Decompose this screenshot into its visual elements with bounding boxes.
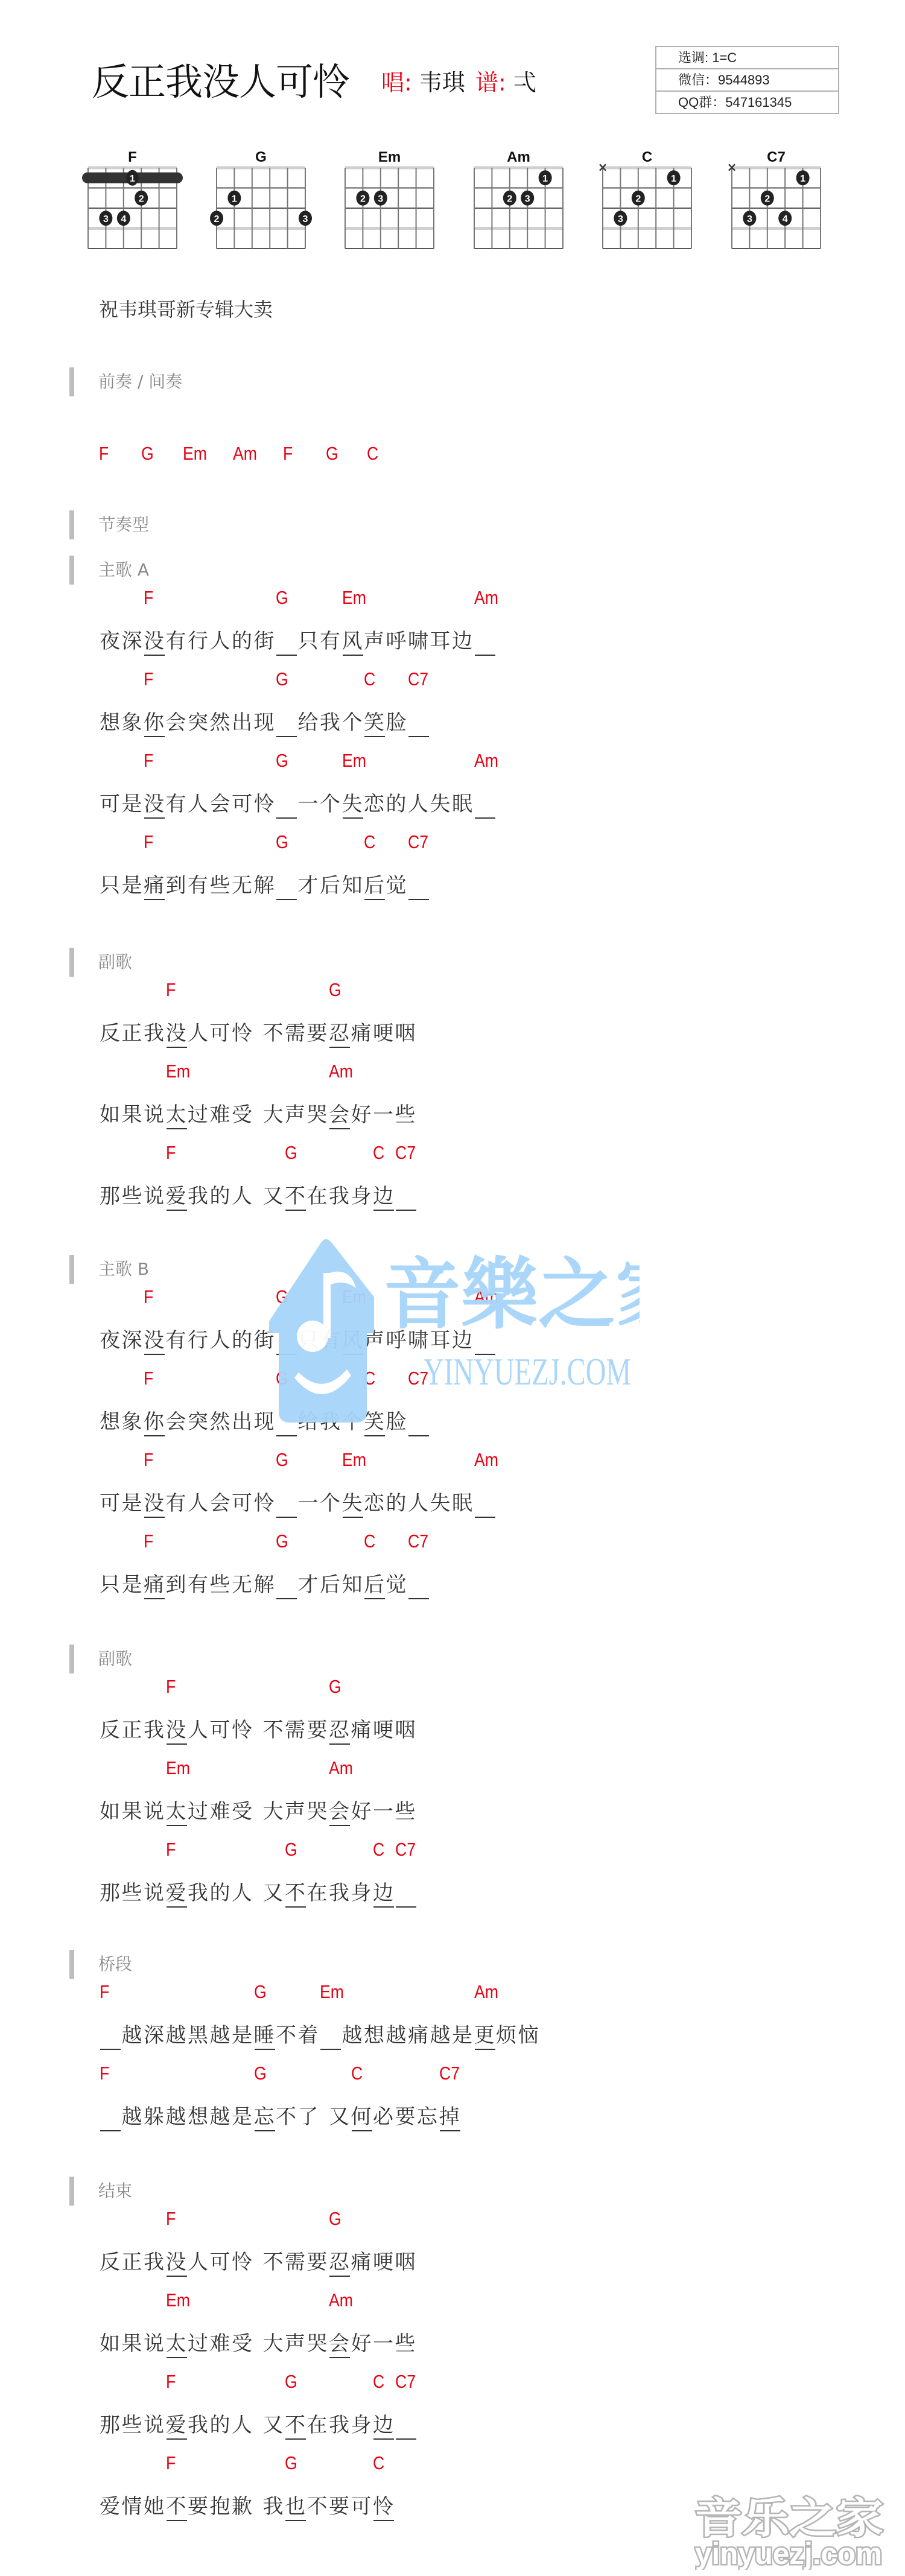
chord-symbol[interactable]: Em [166, 1756, 190, 1780]
chord-symbol[interactable]: G [285, 2370, 297, 2394]
lyric-char: 你 [144, 1409, 166, 1435]
lyric-char: 深 [122, 1327, 144, 1354]
singer-name[interactable]: 韦琪 [419, 69, 465, 96]
chord-symbol[interactable]: C [364, 1529, 375, 1553]
lyric-char: 边 [373, 1183, 395, 1210]
lyric-blank [276, 872, 298, 899]
chord-symbol[interactable]: G [326, 442, 338, 466]
lyric-char: 的 [386, 1490, 408, 1517]
lyric-char: 说 [144, 1880, 166, 1906]
wechat-row: 微信：9544893 [656, 68, 838, 90]
lyric-char: 后 [364, 1572, 386, 1598]
lyric-char: 身 [351, 2412, 373, 2438]
lyric-char: 些 [395, 1102, 418, 1128]
lyric-char: 后 [364, 872, 386, 899]
lyric-blank [276, 1327, 298, 1354]
lyric-char: 人 [188, 1490, 210, 1517]
lyric-char: 人 [210, 628, 232, 655]
lyric-char: 人 [188, 2249, 210, 2276]
lyric-char: 越 [166, 2104, 188, 2130]
chord-symbol[interactable]: C [364, 830, 375, 854]
lyric-char: 又 [263, 1880, 285, 1906]
chord-symbol[interactable]: Em [183, 442, 207, 466]
lyric-char: 那 [100, 2412, 122, 2438]
chord-symbol[interactable]: Am [474, 586, 498, 610]
chord-symbol[interactable]: C [364, 667, 375, 691]
lyric-char: 如 [100, 1102, 122, 1128]
lyric-char: 人 [408, 791, 430, 817]
subtitle-note: 祝韦琪哥新专辑大卖 [99, 297, 273, 322]
chord-symbol[interactable]: Em [342, 586, 366, 610]
chord-symbol[interactable]: F [144, 1366, 153, 1391]
lyric-char: 一 [373, 1798, 395, 1825]
chord-symbol[interactable]: G [329, 2207, 341, 2231]
lyric-char: 咽 [395, 1717, 418, 1743]
lyric-char: 深 [144, 2022, 166, 2049]
lyric-char: 的 [210, 1880, 232, 1906]
section-marker-bar [69, 2177, 74, 2206]
chord-diagram-f: F1234 [78, 147, 187, 256]
lyric-char: 可 [100, 1490, 122, 1517]
lyric-char: 会 [329, 1102, 351, 1128]
chord-symbol[interactable]: G [254, 1980, 267, 2004]
lyric-blank [408, 1572, 430, 1598]
svg-text:3: 3 [747, 214, 752, 224]
chord-diagram-c: C×123 [593, 147, 702, 256]
lyric-char: 越 [122, 2022, 144, 2049]
lyric-char: 我 [329, 1183, 351, 1210]
chord-row: FGEmAm [0, 749, 905, 773]
lyric-char: 有 [166, 1490, 188, 1517]
lyric-char: 受 [232, 2330, 254, 2357]
lyric-char: 说 [144, 2330, 166, 2357]
chord-row: FGCC7 [0, 1141, 905, 1165]
svg-text:1: 1 [671, 174, 676, 184]
chord-symbol[interactable]: G [276, 586, 288, 610]
lyric-char: 我 [188, 2412, 210, 2438]
lyric-char: 恼 [518, 2022, 541, 2049]
lyric-char: 那 [100, 1880, 122, 1906]
lyric-char: 想 [100, 1409, 122, 1435]
lyric-char: 人 [232, 2412, 254, 2438]
lyric-char: 她 [144, 2493, 166, 2520]
chord-symbol[interactable]: G [276, 749, 288, 773]
chord-symbol[interactable]: G [276, 1448, 288, 1472]
lyric-char: 会 [166, 709, 188, 736]
lyric-char [254, 1717, 263, 1743]
key-row: 选调: 1=C [656, 47, 838, 68]
chord-symbol[interactable]: C7 [408, 1529, 428, 1553]
lyric-char: 个 [342, 709, 364, 736]
chord-symbol[interactable]: G [285, 1838, 297, 1862]
lyric-char: 难 [210, 1798, 232, 1825]
lyric-line: 反正我没人可怜不需要忍痛哽咽 [100, 1717, 417, 1743]
lyric-char: 说 [144, 2412, 166, 2438]
chord-symbol[interactable]: C [351, 2061, 363, 2086]
singer-credit: 唱: 韦琪 [381, 66, 465, 99]
lyric-char: 大 [263, 1102, 285, 1128]
chord-symbol[interactable]: F [144, 667, 153, 691]
lyric-char: 怜 [232, 1020, 254, 1047]
chord-symbol[interactable]: F [100, 2061, 109, 2086]
chord-symbol[interactable]: G [276, 830, 288, 854]
lyric-char: 人 [210, 1327, 232, 1354]
lyric-char: 受 [232, 1102, 254, 1128]
lyric-char: 不 [285, 1880, 307, 1906]
lyric-char: 怜 [373, 2493, 395, 2520]
lyric-char: 不 [285, 2412, 307, 2438]
lyric-char: 不 [263, 1020, 285, 1047]
chord-row: EmAm [0, 1756, 905, 1780]
chord-symbol[interactable]: F [166, 978, 176, 1002]
lyric-char: 难 [210, 2330, 232, 2357]
svg-text:2: 2 [507, 194, 512, 204]
lyric-char: 大 [263, 2330, 285, 2357]
lyric-char: 没 [144, 1490, 166, 1517]
qq-group-row: QQ群：547161345 [656, 90, 838, 113]
lyric-char: 怜 [254, 791, 276, 817]
lyric-char: 太 [166, 1798, 188, 1825]
lyric-char: 声 [364, 1327, 386, 1354]
lyric-char: 出 [232, 709, 254, 736]
lyric-char: 到 [166, 872, 188, 899]
lyric-char: 眠 [452, 1490, 474, 1517]
lyric-char [254, 1880, 263, 1906]
lyric-char [254, 2330, 263, 2357]
chord-symbol[interactable]: G [254, 2061, 267, 2086]
lyric-char: 在 [307, 1880, 329, 1906]
lyric-char: 没 [166, 2249, 188, 2276]
chord-symbol[interactable]: C [367, 442, 378, 466]
lyric-char: 然 [210, 709, 232, 736]
lyric-char: 忍 [329, 1020, 351, 1047]
lyric-blank [276, 1490, 298, 1517]
lyric-blank [408, 1409, 430, 1435]
lyric-char: 给 [298, 709, 320, 736]
lyric-char: 些 [122, 2412, 144, 2438]
lyric-blank [408, 872, 430, 899]
lyric-char: 风 [342, 628, 364, 655]
lyric-char: 人 [188, 1020, 210, 1047]
lyric-char: 人 [408, 1490, 430, 1517]
chord-symbol[interactable]: F [144, 1285, 153, 1309]
lyric-char: 边 [373, 1880, 395, 1906]
lyric-blank [474, 628, 497, 655]
lyric-char: 爱 [166, 2412, 188, 2438]
lyric-char: 些 [122, 1880, 144, 1906]
svg-text:1: 1 [800, 174, 805, 184]
chord-symbol[interactable]: Em [166, 2288, 190, 2312]
lyric-char: 如 [100, 1798, 122, 1825]
chord-name: Em [378, 149, 401, 165]
lyric-char: 不 [276, 2104, 298, 2130]
chord-symbol[interactable]: Am [329, 1756, 353, 1780]
lyric-char: 黑 [188, 2022, 210, 2049]
lyric-char: 笑 [364, 1409, 386, 1435]
section-label: 主歌 A [98, 558, 149, 582]
chord-symbol[interactable]: F [166, 1141, 176, 1165]
chord-symbol[interactable]: F [100, 1980, 109, 2004]
chord-symbol[interactable]: F [144, 586, 153, 610]
lyric-char: 笑 [364, 709, 386, 736]
chord-symbol[interactable]: G [329, 1675, 341, 1699]
lyric-char: 觉 [386, 872, 408, 899]
lyric-char: 出 [232, 1409, 254, 1435]
chord-symbol[interactable]: C [373, 1141, 384, 1165]
lyric-blank [395, 1183, 418, 1210]
chord-symbol[interactable]: Em [342, 1285, 366, 1309]
chord-symbol[interactable]: F [166, 1838, 176, 1862]
chord-symbol[interactable]: F [283, 442, 293, 466]
chord-symbol[interactable]: G [285, 1141, 297, 1165]
song-title: 反正我没人可怜 [92, 58, 349, 106]
lyric-char: 声 [285, 2330, 307, 2357]
lyric-char: 个 [320, 791, 342, 817]
chord-row: EmAm [0, 1059, 905, 1083]
lyric-char: 需 [285, 1020, 307, 1047]
lyric-char: 恋 [364, 791, 386, 817]
lyric-char: 有 [166, 628, 188, 655]
section-label: 桥段 [98, 1952, 132, 1976]
lyric-char: 人 [188, 791, 210, 817]
lyric-char: 身 [351, 1183, 373, 1210]
lyric-char: 太 [166, 1102, 188, 1128]
lyric-char: 些 [395, 2330, 418, 2357]
lyric-char: 忍 [329, 1717, 351, 1743]
chord-symbol[interactable]: Am [233, 442, 257, 466]
lyric-char: 想 [100, 709, 122, 736]
chord-symbol[interactable]: G [329, 978, 341, 1002]
lyric-char: 越 [166, 2022, 188, 2049]
chord-symbol[interactable]: C7 [395, 2370, 416, 2394]
lyric-char: 可 [232, 791, 254, 817]
svg-text:3: 3 [525, 194, 530, 204]
chord-symbol[interactable]: C [373, 1838, 384, 1862]
chord-name: C7 [767, 149, 786, 165]
chord-row: FGCC7 [0, 1366, 905, 1391]
chord-symbol[interactable]: F [144, 749, 153, 773]
lyric-char: 反 [100, 1020, 122, 1047]
muted-string-icon: × [598, 160, 608, 174]
lyric-char: 脸 [386, 709, 408, 736]
lyric-blank [474, 791, 497, 817]
lyric-char: 我 [144, 1717, 166, 1743]
chord-symbol[interactable]: Em [320, 1980, 344, 2004]
chord-symbol[interactable]: C7 [408, 830, 428, 854]
chord-symbol[interactable]: G [276, 667, 288, 691]
chord-symbol[interactable]: Em [342, 1448, 366, 1472]
lyric-char: 反 [100, 1717, 122, 1743]
lyric-char: 突 [188, 1409, 210, 1435]
chord-row: FGC [0, 2451, 905, 2475]
chord-symbol[interactable]: F [99, 442, 109, 466]
chord-symbol[interactable]: C7 [439, 2061, 460, 2086]
lyric-char: 痛 [351, 2249, 373, 2276]
lyric-char: 失 [430, 791, 453, 817]
lyric-char: 好 [351, 1102, 373, 1128]
lyric-line: 想象你会突然出现给我个笑脸 [100, 709, 430, 736]
lyric-char: 人 [232, 1183, 254, 1210]
svg-text:3: 3 [303, 214, 308, 224]
arranger-name: 弌 [513, 69, 536, 96]
chord-row: EmAm [0, 2288, 905, 2312]
lyric-char: 必 [373, 2104, 395, 2130]
lyric-char: 有 [166, 1327, 188, 1354]
lyric-blank [395, 1880, 418, 1906]
lyric-char: 我 [329, 2412, 351, 2438]
lyric-char: 越 [386, 2022, 408, 2049]
lyric-char: 爱 [166, 1880, 188, 1906]
chord-symbol[interactable]: C7 [395, 1838, 416, 1862]
lyric-char: 不 [263, 2249, 285, 2276]
lyric-char: 我 [144, 2249, 166, 2276]
chord-symbol[interactable]: Am [474, 749, 498, 773]
chord-symbol[interactable]: F [144, 1529, 153, 1553]
section-marker-bar [69, 556, 74, 585]
lyric-char: 人 [188, 1717, 210, 1743]
watermark-corner-en: yinyuezj.com [695, 2537, 882, 2570]
lyric-char: 不 [285, 1183, 307, 1210]
svg-text:1: 1 [130, 174, 135, 184]
lyric-char: 呼 [386, 628, 408, 655]
chord-symbol[interactable]: C [373, 2370, 384, 2394]
chord-symbol[interactable]: Em [166, 1059, 190, 1083]
chord-diagram-g: G123 [207, 147, 316, 256]
chord-symbol[interactable]: F [166, 2207, 176, 2231]
chord-name: F [128, 149, 137, 165]
svg-text:2: 2 [360, 194, 366, 204]
lyric-char: 无 [232, 872, 254, 899]
lyric-char: 哭 [307, 2330, 329, 2357]
lyric-char: 没 [144, 628, 166, 655]
lyric-char: 越 [122, 2104, 144, 2130]
svg-text:4: 4 [783, 214, 788, 224]
lyric-char: 行 [188, 628, 210, 655]
lyric-char: 恋 [364, 1490, 386, 1517]
lyric-char: 怜 [254, 1490, 276, 1517]
chord-name: C [642, 149, 652, 165]
lyric-char: 哭 [307, 1102, 329, 1128]
lyric-char: 越 [210, 2104, 232, 2130]
lyric-char: 想 [364, 2022, 386, 2049]
chord-row: FG [0, 978, 905, 1002]
lyric-char: 爱 [100, 2493, 122, 2520]
lyric-char: 的 [210, 2412, 232, 2438]
chord-symbol[interactable]: F [144, 830, 153, 854]
lyric-char: 街 [254, 1327, 276, 1354]
chord-symbol[interactable]: Am [474, 1448, 498, 1472]
chord-row: FGCC7 [0, 1838, 905, 1862]
lyric-line: 可是没有人会可怜一个失恋的人失眠 [100, 1490, 496, 1517]
lyric-char: 果 [122, 1102, 144, 1128]
lyric-blank [100, 2022, 122, 2049]
lyric-char: 象 [122, 1409, 144, 1435]
lyric-char [254, 1183, 263, 1210]
lyric-char: 些 [210, 1572, 232, 1598]
chord-symbol[interactable]: G [276, 1529, 288, 1553]
svg-text:2: 2 [214, 214, 220, 224]
lyric-char: 要 [188, 2493, 210, 2520]
lyric-char: 脸 [386, 1409, 408, 1435]
lyric-char: 后 [320, 872, 342, 899]
svg-text:3: 3 [103, 214, 109, 224]
lyric-char: 不 [307, 2493, 329, 2520]
chord-row: FGCC7 [0, 2370, 905, 2394]
lyric-char: 会 [329, 1798, 351, 1825]
chord-symbol[interactable]: G [141, 442, 154, 466]
lyric-char: 声 [364, 628, 386, 655]
section-marker-bar [69, 948, 74, 977]
lyric-char: 哽 [373, 2249, 395, 2276]
lyric-char: 会 [210, 791, 232, 817]
lyric-line: 只是痛到有些无解才后知后觉 [100, 1572, 430, 1598]
chord-symbol[interactable]: Em [342, 749, 366, 773]
lyric-char: 想 [188, 2104, 210, 2130]
lyric-line: 想象你会突然出现给我个笑脸 [100, 1409, 430, 1435]
lyric-char: 大 [263, 1798, 285, 1825]
lyric-char: 那 [100, 1183, 122, 1210]
chord-symbol[interactable]: F [166, 1675, 176, 1699]
chord-symbol[interactable]: C7 [408, 667, 428, 691]
lyric-char [254, 2249, 263, 2276]
chord-symbol[interactable]: Am [329, 2288, 353, 2312]
lyric-char: 咽 [395, 2249, 418, 2276]
lyric-char: 没 [166, 1717, 188, 1743]
lyric-char: 一 [373, 1102, 395, 1128]
chord-symbol[interactable]: Am [329, 1059, 353, 1083]
chord-symbol[interactable]: C [364, 1366, 375, 1391]
chord-symbol[interactable]: C7 [408, 1366, 428, 1391]
chord-symbol[interactable]: Am [474, 1285, 498, 1309]
lyric-char [254, 2412, 263, 2438]
lyric-char: 果 [122, 2330, 144, 2357]
lyric-char: 睡 [254, 2022, 276, 2049]
chord-symbol[interactable]: F [166, 2451, 176, 2475]
lyric-char: 正 [122, 1717, 144, 1743]
lyric-char: 会 [210, 1490, 232, 1517]
lyric-char: 现 [254, 1409, 276, 1435]
chord-row: FG [0, 2207, 905, 2231]
lyric-char: 说 [144, 1798, 166, 1825]
lyric-char: 越 [430, 2022, 453, 2049]
lyric-char: 突 [188, 709, 210, 736]
chord-symbol[interactable]: G [285, 2451, 297, 2475]
chord-symbol[interactable]: G [276, 1366, 288, 1391]
lyric-line: 如果说太过难受大声哭会好一些 [100, 2330, 417, 2357]
lyric-char: 解 [254, 1572, 276, 1598]
chord-symbol[interactable]: G [276, 1285, 288, 1309]
chord-symbol[interactable]: Am [474, 1980, 498, 2004]
chord-symbol[interactable]: F [144, 1448, 153, 1472]
lyric-line: 夜深没有行人的街只有风声呼啸耳边 [100, 1327, 496, 1354]
lyric-char: 觉 [386, 1572, 408, 1598]
lyric-char: 说 [144, 1183, 166, 1210]
chord-symbol[interactable]: C [373, 2451, 384, 2475]
lyric-char: 象 [122, 709, 144, 736]
lyric-char: 好 [351, 2330, 373, 2357]
section-label: 节奏型 [98, 513, 149, 537]
lyric-char: 有 [320, 1327, 342, 1354]
arranger-credit: 谱: 弌 [475, 66, 536, 99]
lyric-char: 边 [452, 628, 474, 655]
lyric-char: 可 [351, 2493, 373, 2520]
lyric-blank [276, 1409, 298, 1435]
chord-symbol[interactable]: C7 [395, 1141, 416, 1165]
lyric-blank [320, 2022, 342, 2049]
lyric-char: 正 [122, 2249, 144, 2276]
lyric-char: 有 [320, 628, 342, 655]
chord-symbol[interactable]: F [166, 2370, 176, 2394]
